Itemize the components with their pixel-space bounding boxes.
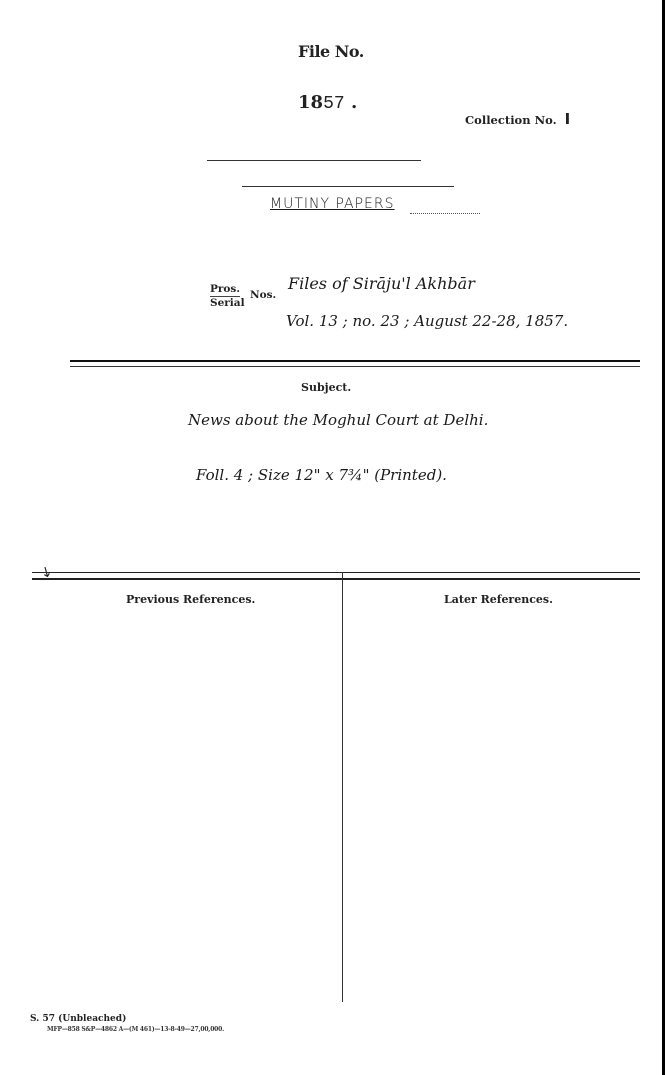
year-suffix: . <box>351 92 357 113</box>
footer-print-code: MFP—858 S&P—4862 A—(M 461)—13-8-49—27,00… <box>47 1026 224 1033</box>
collection-field: Collection No. I <box>465 110 570 128</box>
references-divider <box>342 572 343 1002</box>
later-references-label: Later References. <box>444 593 553 606</box>
pros-serial-label: Pros. Serial <box>210 283 245 310</box>
volume-line: Vol. 13 ; no. 23 ; August 22-28, 1857. <box>286 312 568 330</box>
nos-label: Nos. <box>250 289 276 301</box>
footer-form-number: S. 57 (Unbleached) <box>30 1014 126 1024</box>
collection-label: Collection No. <box>465 113 557 127</box>
references-rule-top <box>32 572 640 573</box>
series-title-dotted-line <box>410 213 480 214</box>
subject-label: Subject. <box>301 381 351 394</box>
serial-label: Serial <box>210 297 245 309</box>
subject-text: News about the Moghul Court at Delhi. <box>188 411 488 429</box>
previous-references-label: Previous References. <box>126 593 255 606</box>
references-rule-bottom <box>32 578 640 580</box>
year-printed: 18 <box>298 92 323 113</box>
series-title: MUTINY PAPERS <box>270 196 395 212</box>
year-field: 1857 . <box>298 92 357 114</box>
file-no-label: File No. <box>298 42 364 61</box>
folio-line: Foll. 4 ; Size 12" x 7¾" (Printed). <box>196 466 447 484</box>
rule-1 <box>207 160 421 161</box>
double-rule-bottom <box>70 366 640 367</box>
pros-label: Pros. <box>210 283 240 297</box>
rule-2 <box>242 186 454 187</box>
year-handwritten: 57 <box>323 94 345 114</box>
file-description: Files of Sirāju'l Akhbār <box>288 274 475 293</box>
collection-value: I <box>565 110 571 128</box>
double-rule-top <box>70 360 640 362</box>
